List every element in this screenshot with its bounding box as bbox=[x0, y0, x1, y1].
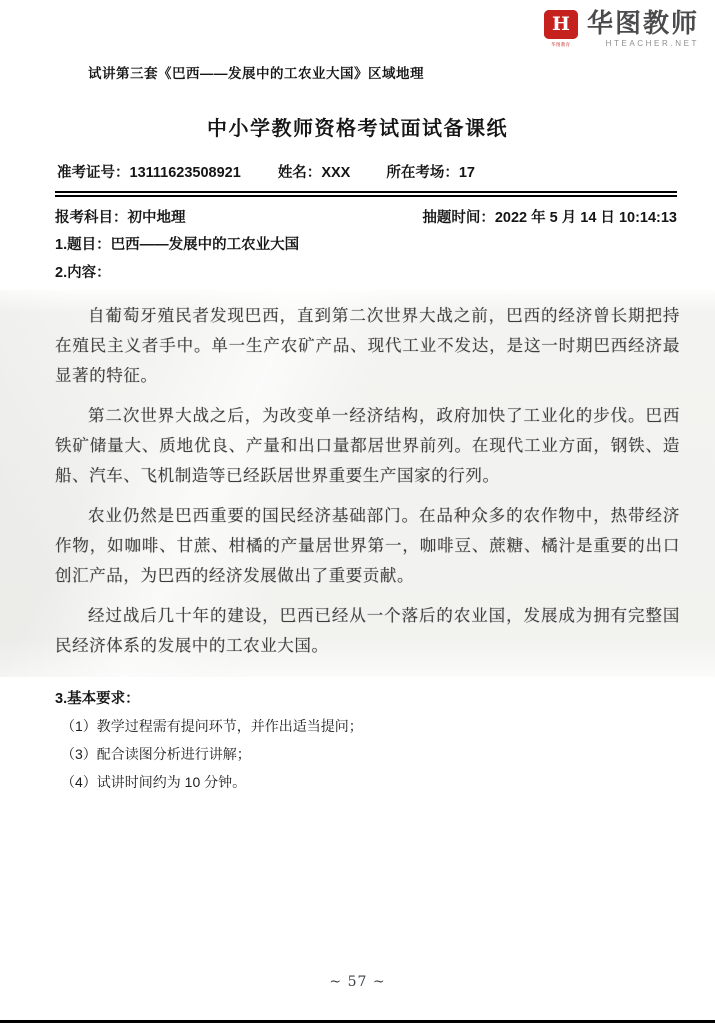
subject-label: 报考科目： bbox=[55, 210, 128, 226]
huatu-logo: H 华图教育 华图教师 HTEACHER.NET bbox=[544, 10, 699, 48]
huatu-logo-text: 华图教师 HTEACHER.NET bbox=[587, 10, 699, 48]
ticket-number-label: 准考证号： bbox=[57, 165, 130, 181]
draw-time-value: 2022 年 5 月 14 日 10:14:13 bbox=[495, 210, 677, 226]
scan-bottom-edge bbox=[0, 1020, 715, 1023]
content-label: 2.内容： bbox=[55, 261, 677, 282]
ticket-number-cell: 准考证号：13111623508921 bbox=[57, 161, 241, 182]
topic-label: 1.题目： bbox=[55, 237, 111, 253]
exam-info-row-subject: 报考科目：初中地理 抽题时间：2022 年 5 月 14 日 10:14:13 bbox=[55, 197, 677, 227]
requirements-heading: 3.基本要求： bbox=[55, 687, 677, 708]
exam-info-row-candidate: 准考证号：13111623508921 姓名：XXX 所在考场：17 bbox=[55, 156, 677, 191]
page-title: 中小学教师资格考试面试备课纸 bbox=[0, 112, 715, 141]
content-paragraph: 农业仍然是巴西重要的国民经济基础部门。在品种众多的农作物中，热带经济作物，如咖啡… bbox=[55, 501, 680, 591]
huatu-icon-caption: 华图教育 bbox=[551, 41, 570, 47]
content-paragraph: 第二次世界大战之后，为改变单一经济结构，政府加快了工业化的步伐。巴西铁矿储量大、… bbox=[55, 401, 680, 491]
huatu-h-icon: H bbox=[544, 10, 578, 39]
scanned-content-block: 自葡萄牙殖民者发现巴西，直到第二次世界大战之前，巴西的经济曾长期把持在殖民主义者… bbox=[0, 290, 715, 677]
requirement-item: （4）试讲时间约为 10 分钟。 bbox=[61, 772, 677, 792]
logo-site-url: HTEACHER.NET bbox=[606, 39, 699, 48]
content-paragraph: 自葡萄牙殖民者发现巴西，直到第二次世界大战之前，巴西的经济曾长期把持在殖民主义者… bbox=[55, 301, 680, 391]
exam-room-value: 17 bbox=[459, 165, 475, 181]
candidate-name-cell: 姓名：XXX bbox=[278, 161, 351, 182]
requirement-item: （1）教学过程需有提问环节，并作出适当提问； bbox=[61, 716, 677, 736]
content-paragraph: 经过战后几十年的建设，巴西已经从一个落后的农业国，发展成为拥有完整国民经济体系的… bbox=[55, 601, 680, 661]
topic-value: 巴西——发展中的工农业大国 bbox=[111, 237, 300, 253]
huatu-logo-icon-wrap: H 华图教育 bbox=[544, 10, 578, 48]
exam-room-label: 所在考场： bbox=[386, 165, 459, 181]
subject-value: 初中地理 bbox=[128, 210, 186, 226]
exam-room-cell: 所在考场：17 bbox=[386, 161, 475, 182]
topic-line: 1.题目：巴西——发展中的工农业大国 bbox=[55, 233, 677, 254]
candidate-name-value: XXX bbox=[321, 165, 350, 181]
ticket-number-value: 13111623508921 bbox=[130, 165, 241, 181]
requirement-item: （3）配合读图分析进行讲解； bbox=[61, 744, 677, 764]
subject-cell: 报考科目：初中地理 bbox=[55, 206, 186, 227]
candidate-name-label: 姓名： bbox=[278, 165, 322, 181]
requirements-section: 3.基本要求： （1）教学过程需有提问环节，并作出适当提问； （3）配合读图分析… bbox=[55, 687, 677, 792]
page-number: ~ 57 ~ bbox=[0, 974, 715, 990]
draw-time-label: 抽题时间： bbox=[422, 210, 495, 226]
draw-time-cell: 抽题时间：2022 年 5 月 14 日 10:14:13 bbox=[422, 206, 677, 227]
exam-info-table: 准考证号：13111623508921 姓名：XXX 所在考场：17 报考科目：… bbox=[55, 156, 677, 227]
logo-brand-name: 华图教师 bbox=[587, 10, 699, 37]
